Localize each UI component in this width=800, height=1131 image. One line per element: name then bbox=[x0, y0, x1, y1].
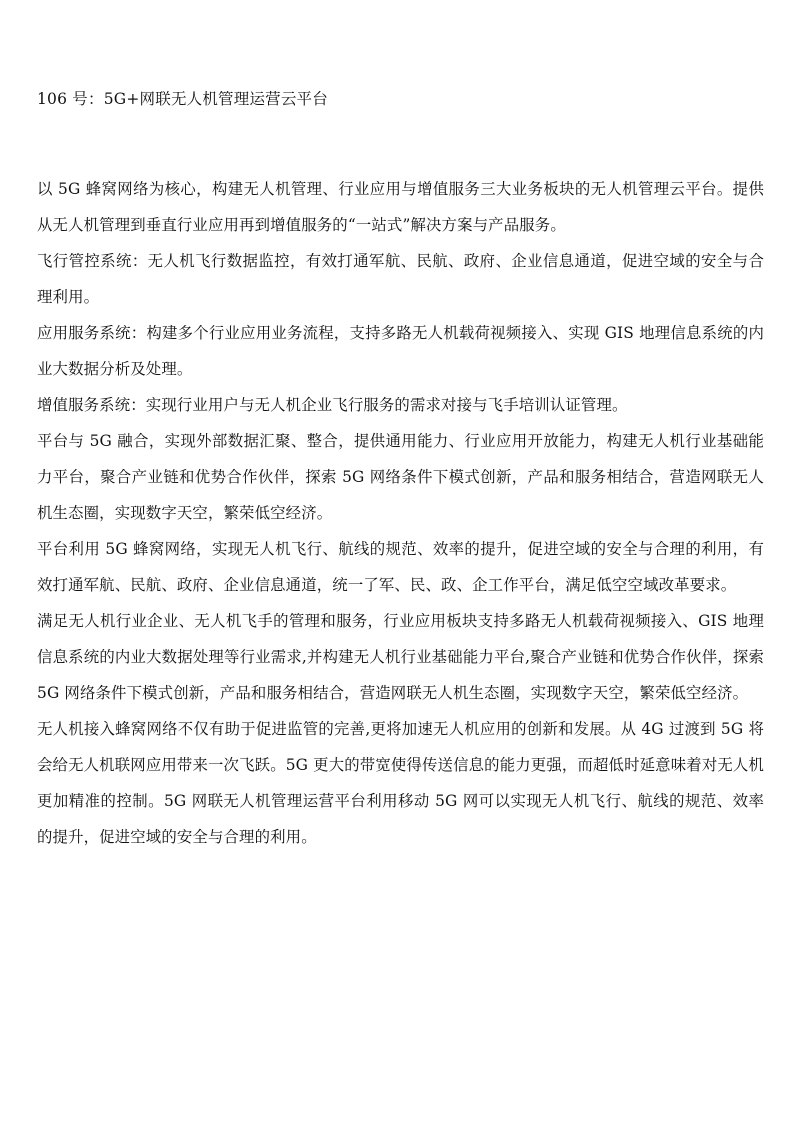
paragraph-flight-control-system: 飞行管控系统：无人机飞行数据监控，有效打通军航、民航、政府、企业信息通道，促进空… bbox=[37, 243, 764, 315]
paragraph-intro: 以 5G 蜂窝网络为核心，构建无人机管理、行业应用与增值服务三大业务板块的无人机… bbox=[37, 171, 764, 243]
paragraph-industry-needs: 满足无人机行业企业、无人机飞手的管理和服务，行业应用板块支持多路无人机载荷视频接… bbox=[37, 603, 764, 711]
document-body: 以 5G 蜂窝网络为核心，构建无人机管理、行业应用与增值服务三大业务板块的无人机… bbox=[37, 171, 764, 855]
document-title: 106 号：5G+网联无人机管理运营云平台 bbox=[37, 89, 328, 109]
paragraph-5g-cellular-usage: 平台利用 5G 蜂窝网络，实现无人机飞行、航线的规范、效率的提升，促进空域的安全… bbox=[37, 531, 764, 603]
paragraph-5g-integration: 平台与 5G 融合，实现外部数据汇聚、整合，提供通用能力、行业应用开放能力，构建… bbox=[37, 423, 764, 531]
paragraph-cellular-access-benefits: 无人机接入蜂窝网络不仅有助于促进监管的完善,更将加速无人机应用的创新和发展。从 … bbox=[37, 711, 764, 855]
paragraph-value-added-service-system: 增值服务系统：实现行业用户与无人机企业飞行服务的需求对接与飞手培训认证管理。 bbox=[37, 387, 764, 423]
paragraph-application-service-system: 应用服务系统：构建多个行业应用业务流程，支持多路无人机载荷视频接入、实现 GIS… bbox=[37, 315, 764, 387]
